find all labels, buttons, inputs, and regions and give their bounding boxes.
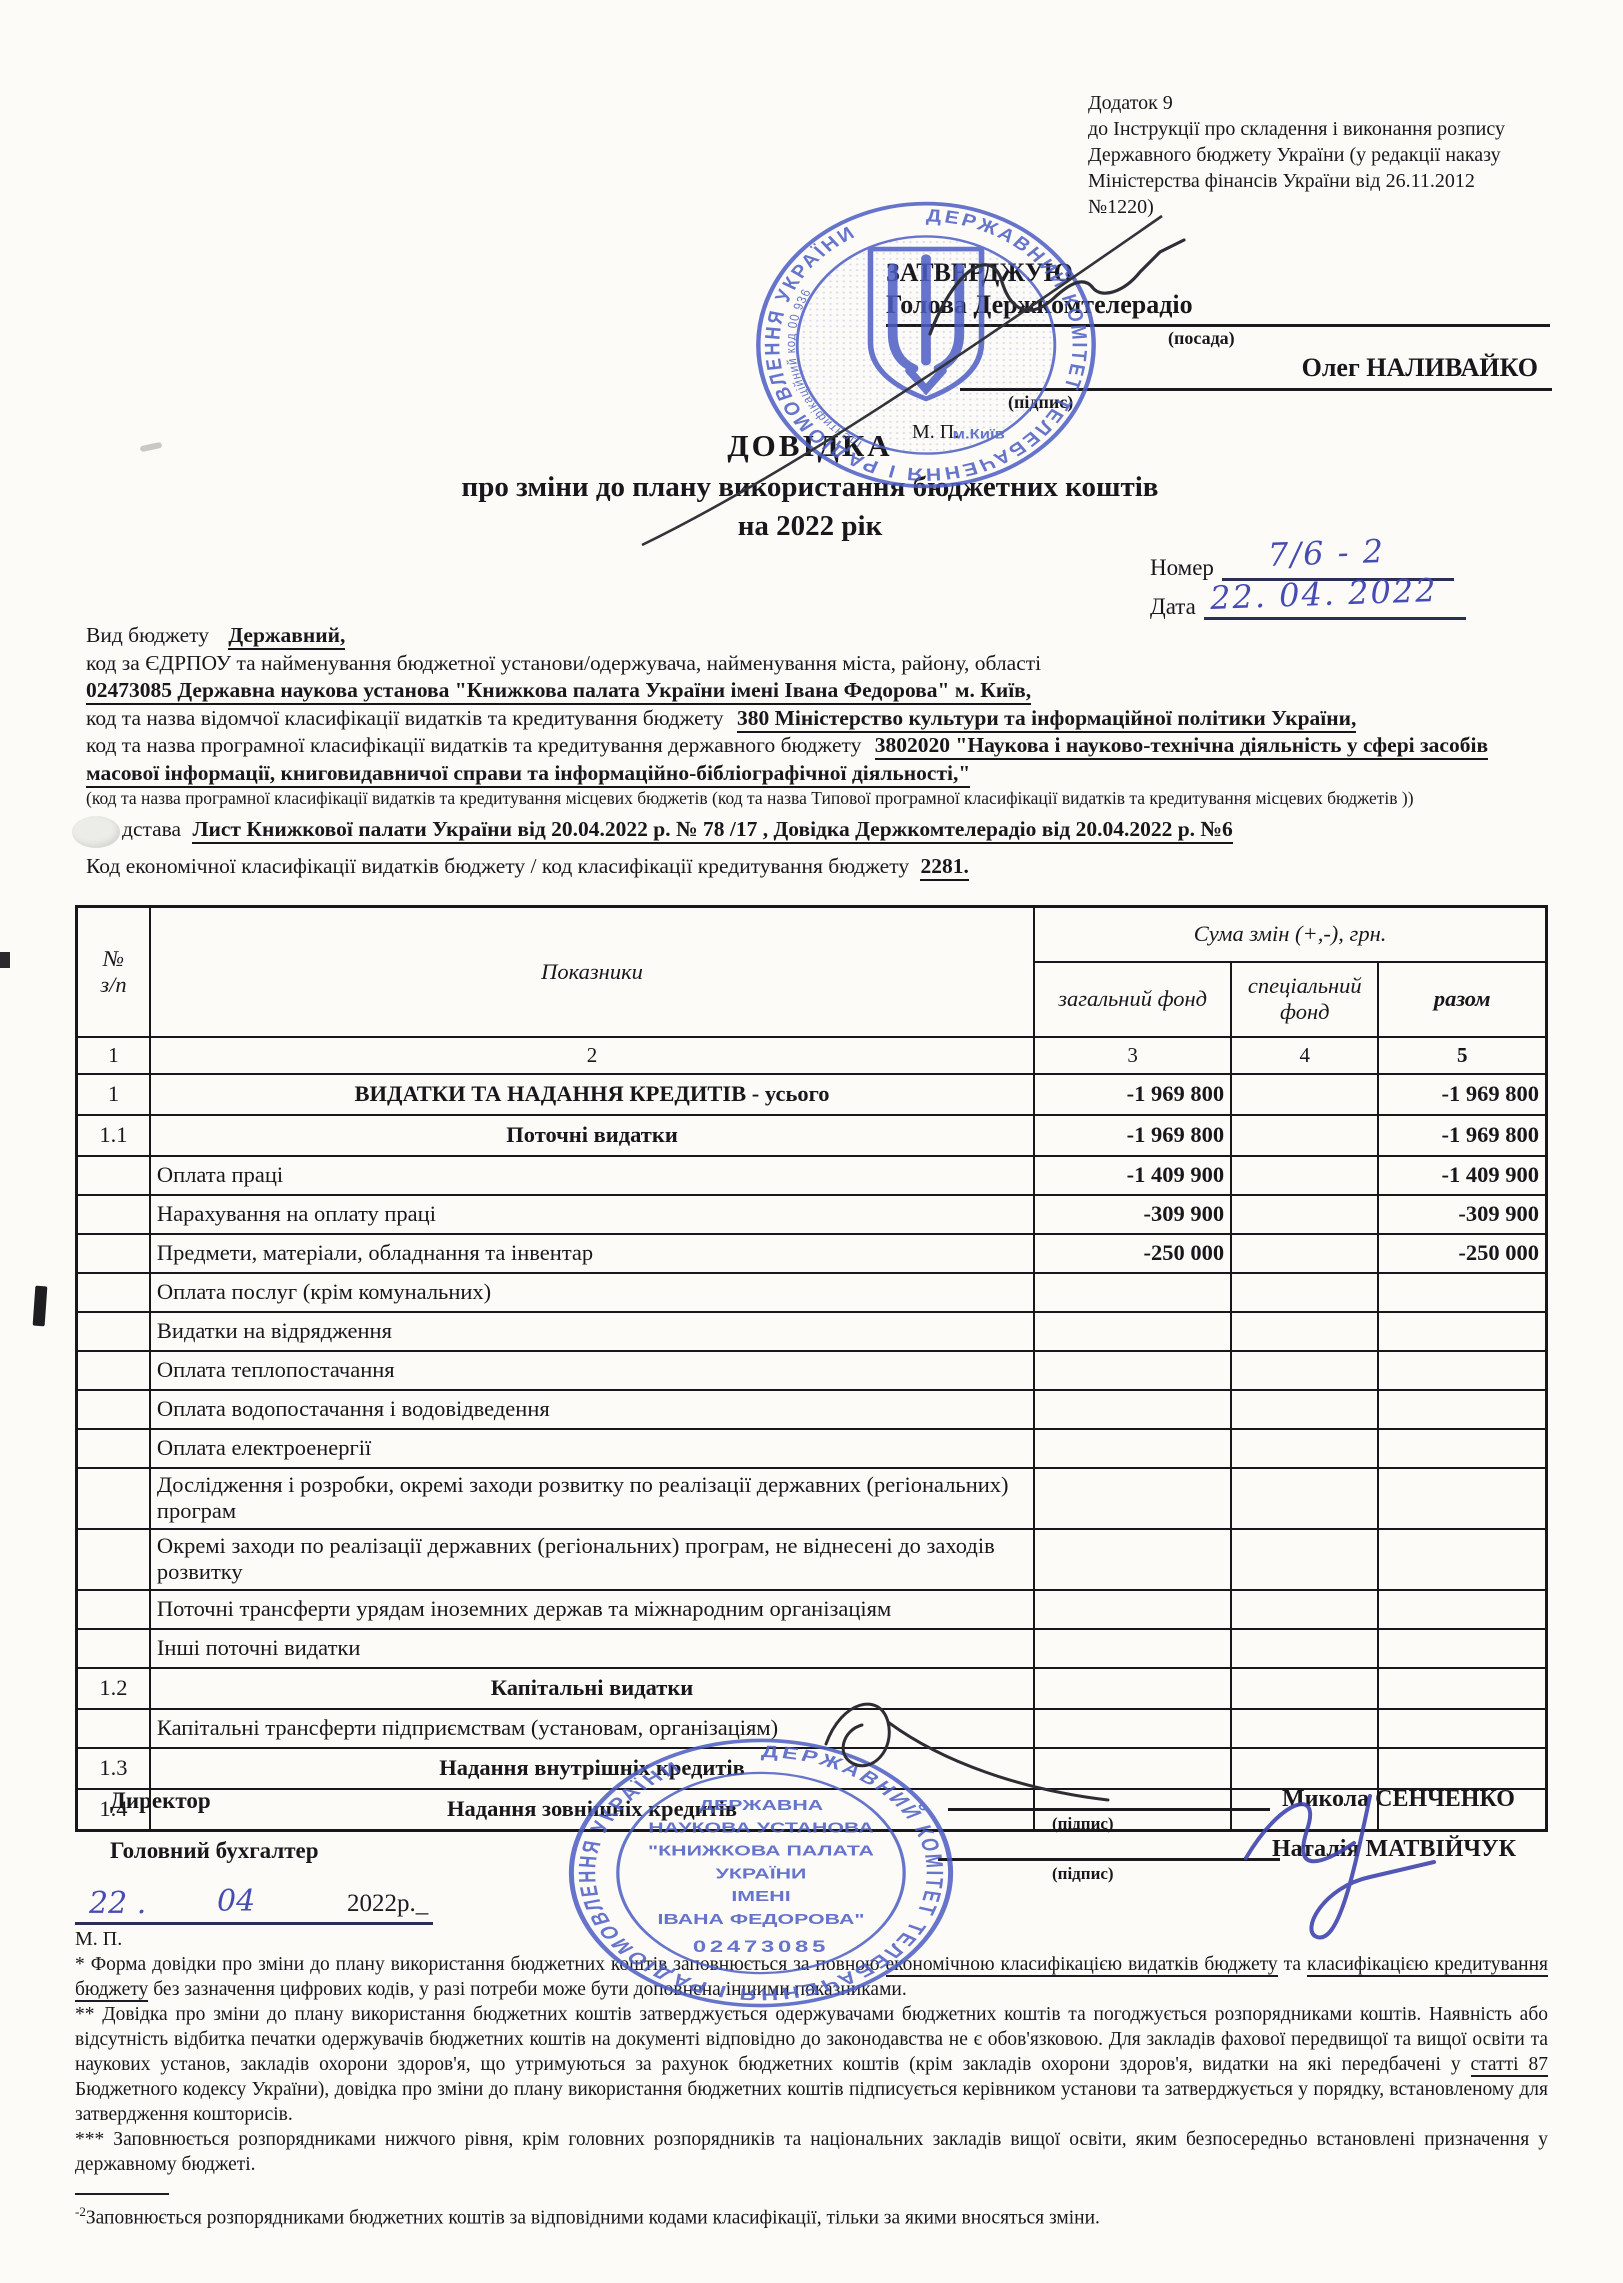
director-label: Директор — [110, 1788, 211, 1814]
header-sum-group: Сума змін (+,-), грн. — [1034, 907, 1546, 963]
approver-name: Олег НАЛИВАЙКО — [960, 353, 1552, 391]
number-handwritten-value: 7/6 - 2 — [1267, 532, 1385, 574]
footnotes-block: * Форма довідки про зміни до плану викор… — [75, 1952, 1548, 2231]
row-special-fund — [1231, 1668, 1378, 1709]
row-label: Поточні видатки — [150, 1115, 1034, 1156]
row-general-fund — [1034, 1351, 1231, 1390]
kekv-label: Код економічної класифікації видатків бю… — [86, 854, 909, 878]
row-label: Оплата теплопостачання — [150, 1351, 1034, 1390]
row-total — [1378, 1629, 1546, 1668]
row-number — [77, 1590, 150, 1629]
table-row: Поточні трансферти урядам іноземних держ… — [77, 1590, 1547, 1629]
footnote-divider — [75, 2193, 169, 2195]
program-line: код та назва програмної класифікації вид… — [86, 732, 1552, 787]
row-special-fund — [1231, 1629, 1378, 1668]
signature-caption: (підпис) — [1008, 392, 1562, 413]
row-label: Оплата послуг (крім комунальних) — [150, 1273, 1034, 1312]
table-row: Оплата водопостачання і водовідведення — [77, 1390, 1547, 1429]
footnote-3: *** Заповнюється розпорядниками нижчого … — [75, 2127, 1548, 2177]
vidomcha-value: 380 Міністерство культури та інформаційн… — [737, 706, 1356, 733]
row-general-fund: -309 900 — [1034, 1195, 1231, 1234]
table-row: 1.2 Капітальні видатки — [77, 1668, 1547, 1709]
row-general-fund — [1034, 1590, 1231, 1629]
row-number — [77, 1529, 150, 1590]
date-handwritten-value: 22. 04. 2022 — [1209, 571, 1438, 617]
table-row: Нарахування на оплату праці -309 900 -30… — [77, 1195, 1547, 1234]
changes-table: №з/п Показники Сума змін (+,-), грн. заг… — [75, 905, 1548, 1832]
accountant-signature-line — [938, 1834, 1280, 1861]
row-total — [1378, 1748, 1546, 1789]
svg-text:Ідентифікаційний код 00 936: Ідентифікаційний код 00 936 — [783, 286, 864, 450]
row-label: Оплата праці — [150, 1156, 1034, 1195]
row-number — [77, 1351, 150, 1390]
row-total: -309 900 — [1378, 1195, 1546, 1234]
row-special-fund — [1231, 1429, 1378, 1468]
stamp-center-line: ІВАНА ФЕДОРОВА" — [657, 1910, 864, 1927]
row-general-fund — [1034, 1709, 1231, 1748]
accountant-label: Головний бухгалтер — [110, 1838, 319, 1864]
row-special-fund — [1231, 1115, 1378, 1156]
table-row: Оплата послуг (крім комунальних) — [77, 1273, 1547, 1312]
row-special-fund — [1231, 1234, 1378, 1273]
row-label: Предмети, матеріали, обладнання та інвен… — [150, 1234, 1034, 1273]
column-index-row: 1 2 3 4 5 — [77, 1037, 1547, 1074]
stamp-center-line: УКРАЇНИ — [716, 1864, 807, 1881]
row-total: -1 969 800 — [1378, 1115, 1546, 1156]
date-year-printed: 2022р._ — [347, 1890, 428, 1918]
row-label: Оплата електроенергії — [150, 1429, 1034, 1468]
row-label: Оплата водопостачання і водовідведення — [150, 1390, 1034, 1429]
institution-value: 02473085 Державна наукова установа "Книж… — [86, 678, 1031, 705]
row-total — [1378, 1590, 1546, 1629]
row-number — [77, 1468, 150, 1529]
date-label: Дата — [1150, 594, 1196, 619]
row-special-fund — [1231, 1273, 1378, 1312]
table-row: Окремі заходи по реалізації державних (р… — [77, 1529, 1547, 1590]
row-number — [77, 1273, 150, 1312]
table-row: Предмети, матеріали, обладнання та інвен… — [77, 1234, 1547, 1273]
director-name: Микола СЕНЧЕНКО — [1282, 1786, 1515, 1813]
row-special-fund — [1231, 1156, 1378, 1195]
row-general-fund — [1034, 1748, 1231, 1789]
row-number — [77, 1234, 150, 1273]
row-special-fund — [1231, 1351, 1378, 1390]
row-total — [1378, 1709, 1546, 1748]
row-number: 1.3 — [77, 1748, 150, 1789]
bottom-date-line: 22 . 04 2022р._ — [75, 1882, 433, 1925]
row-general-fund: -250 000 — [1034, 1234, 1231, 1273]
row-total: -250 000 — [1378, 1234, 1546, 1273]
row-special-fund — [1231, 1529, 1378, 1590]
row-general-fund — [1034, 1529, 1231, 1590]
signature-caption: (підпис) — [1052, 1814, 1114, 1834]
row-general-fund — [1034, 1390, 1231, 1429]
header-total: разом — [1378, 962, 1546, 1037]
table-row: Капітальні трансферти підприємствам (уст… — [77, 1709, 1547, 1748]
table-row: Дослідження і розробки, окремі заходи ро… — [77, 1468, 1547, 1529]
table-row: 1.1 Поточні видатки -1 969 800 -1 969 80… — [77, 1115, 1547, 1156]
row-special-fund — [1231, 1312, 1378, 1351]
header-indicators: Показники — [150, 907, 1034, 1038]
row-general-fund — [1034, 1668, 1231, 1709]
details-block: Вид бюджету Державний, код за ЄДРПОУ та … — [86, 622, 1552, 880]
director-signature-line — [948, 1784, 1270, 1811]
header-no: №з/п — [77, 907, 150, 1038]
basis-value: Лист Книжкової палати України від 20.04.… — [192, 817, 1232, 844]
document-page: Додаток 9 до Інструкції про складення і … — [0, 0, 1623, 2283]
approve-label: ЗАТВЕРДЖУЮ — [886, 258, 1562, 288]
row-general-fund — [1034, 1468, 1231, 1529]
footnote-1: * Форма довідки про зміни до плану викор… — [75, 1952, 1548, 2002]
vidomcha-line: код та назва відомчої класифікації видат… — [86, 705, 1552, 733]
number-label: Номер — [1150, 555, 1214, 580]
basis-label: дстава — [122, 817, 181, 841]
local-budget-caption: (код та назва програмної класифікації ви… — [86, 787, 1552, 810]
header-special-fund: спеціальний фонд — [1231, 962, 1378, 1037]
row-total — [1378, 1529, 1546, 1590]
row-label: Окремі заходи по реалізації державних (р… — [150, 1529, 1034, 1590]
row-number — [77, 1312, 150, 1351]
seal-caption: М. П. — [912, 421, 1562, 444]
appendix-note: Додаток 9 до Інструкції про складення і … — [1088, 90, 1566, 220]
table-row: Оплата праці -1 409 900 -1 409 900 — [77, 1156, 1547, 1195]
table-row: Видатки на відрядження — [77, 1312, 1547, 1351]
row-label: Інші поточні видатки — [150, 1629, 1034, 1668]
scan-artifact — [0, 952, 10, 968]
correction-blob — [72, 816, 120, 848]
budget-type-label: Вид бюджету — [86, 623, 209, 647]
stamp-center-line: "КНИЖКОВА ПАЛАТА — [648, 1842, 874, 1859]
row-number — [77, 1156, 150, 1195]
approver-position: Голова Держкомтелерадіо — [886, 290, 1550, 327]
row-general-fund — [1034, 1273, 1231, 1312]
row-total — [1378, 1312, 1546, 1351]
date-month-handwritten: 04 — [217, 1884, 255, 1919]
row-label: Надання внутрішніх кредитів — [150, 1748, 1034, 1789]
basis-line: дстава Лист Книжкової палати України від… — [86, 816, 1552, 844]
row-special-fund — [1231, 1195, 1378, 1234]
row-total — [1378, 1351, 1546, 1390]
row-general-fund: -1 969 800 — [1034, 1115, 1231, 1156]
row-number — [77, 1195, 150, 1234]
approval-block: ЗАТВЕРДЖУЮ Голова Держкомтелерадіо (поса… — [886, 258, 1562, 444]
row-total — [1378, 1668, 1546, 1709]
row-special-fund — [1231, 1074, 1378, 1115]
appendix-line: до Інструкції про складення і виконання … — [1088, 116, 1566, 142]
row-total — [1378, 1468, 1546, 1529]
stamp-center-line: ІМЕНІ — [731, 1887, 790, 1904]
row-total — [1378, 1390, 1546, 1429]
scan-artifact — [33, 1286, 48, 1327]
date-day-handwritten: 22 . — [89, 1886, 146, 1921]
appendix-line: Державного бюджету України (у редакції н… — [1088, 142, 1566, 168]
row-total — [1378, 1273, 1546, 1312]
footnote-2: ** Довідка про зміни до плану використан… — [75, 2002, 1548, 2127]
edrpou-caption: код за ЄДРПОУ та найменування бюджетної … — [86, 650, 1552, 678]
kekv-line: Код економічної класифікації видатків бю… — [86, 853, 1552, 881]
position-caption: (посада) — [1168, 328, 1562, 349]
row-general-fund — [1034, 1429, 1231, 1468]
row-general-fund: -1 409 900 — [1034, 1156, 1231, 1195]
budget-type-line: Вид бюджету Державний, — [86, 622, 1552, 650]
program-label: код та назва програмної класифікації вид… — [86, 733, 861, 757]
row-number: 1.2 — [77, 1668, 150, 1709]
kekv-value: 2281. — [920, 854, 968, 881]
footnote-4: -2Заповнюється розпорядниками бюджетних … — [75, 2199, 1548, 2231]
row-number — [77, 1390, 150, 1429]
table-row: Інші поточні видатки — [77, 1629, 1547, 1668]
row-label: Капітальні трансферти підприємствам (уст… — [150, 1709, 1034, 1748]
row-special-fund — [1231, 1590, 1378, 1629]
table-row: Оплата теплопостачання — [77, 1351, 1547, 1390]
row-number — [77, 1629, 150, 1668]
row-special-fund — [1231, 1748, 1378, 1789]
number-date-block: Номер 7/6 - 2 Дата 22. 04. 2022 — [1150, 548, 1510, 626]
row-total — [1378, 1429, 1546, 1468]
appendix-line: Міністерства фінансів України від 26.11.… — [1088, 168, 1566, 194]
row-label: ВИДАТКИ ТА НАДАННЯ КРЕДИТІВ - усього — [150, 1074, 1034, 1115]
table-row: Оплата електроенергії — [77, 1429, 1547, 1468]
table-body: 1 ВИДАТКИ ТА НАДАННЯ КРЕДИТІВ - усього -… — [77, 1074, 1547, 1831]
appendix-line: №1220) — [1088, 194, 1566, 220]
row-total: -1 969 800 — [1378, 1074, 1546, 1115]
row-general-fund: -1 969 800 — [1034, 1074, 1231, 1115]
appendix-line: Додаток 9 — [1088, 90, 1566, 116]
stamp-inner-text: Ідентифікаційний код 00 936 — [783, 286, 864, 450]
institution-line: 02473085 Державна наукова установа "Книж… — [86, 677, 1552, 705]
row-total: -1 409 900 — [1378, 1156, 1546, 1195]
row-label: Видатки на відрядження — [150, 1312, 1034, 1351]
row-label: Поточні трансферти урядам іноземних держ… — [150, 1590, 1034, 1629]
table-row: 1 ВИДАТКИ ТА НАДАННЯ КРЕДИТІВ - усього -… — [77, 1074, 1547, 1115]
row-special-fund — [1231, 1390, 1378, 1429]
table-row: 1.3 Надання внутрішніх кредитів — [77, 1748, 1547, 1789]
row-number — [77, 1429, 150, 1468]
row-label: Дослідження і розробки, окремі заходи ро… — [150, 1468, 1034, 1529]
table-header-row: №з/п Показники Сума змін (+,-), грн. — [77, 907, 1547, 963]
row-label: Капітальні видатки — [150, 1668, 1034, 1709]
row-special-fund — [1231, 1468, 1378, 1529]
signature-caption: (підпис) — [1052, 1864, 1114, 1884]
row-special-fund — [1231, 1709, 1378, 1748]
row-number: 1 — [77, 1074, 150, 1115]
row-number — [77, 1709, 150, 1748]
row-number: 1.1 — [77, 1115, 150, 1156]
row-label: Нарахування на оплату праці — [150, 1195, 1034, 1234]
vidomcha-label: код та назва відомчої класифікації видат… — [86, 706, 724, 730]
accountant-name: Наталія МАТВІЙЧУК — [1272, 1836, 1516, 1863]
document-title: ДОВІДКА про зміни до плану використання … — [80, 428, 1540, 543]
row-general-fund — [1034, 1312, 1231, 1351]
header-general-fund: загальний фонд — [1034, 962, 1231, 1037]
row-general-fund — [1034, 1629, 1231, 1668]
date-row: Дата 22. 04. 2022 — [1150, 587, 1510, 626]
row-label: Надання зовнішніх кредитів — [150, 1789, 1034, 1831]
title-line: про зміни до плану використання бюджетни… — [80, 471, 1540, 504]
seal-caption: М. П. — [75, 1928, 122, 1951]
budget-type-value: Державний, — [228, 623, 345, 650]
